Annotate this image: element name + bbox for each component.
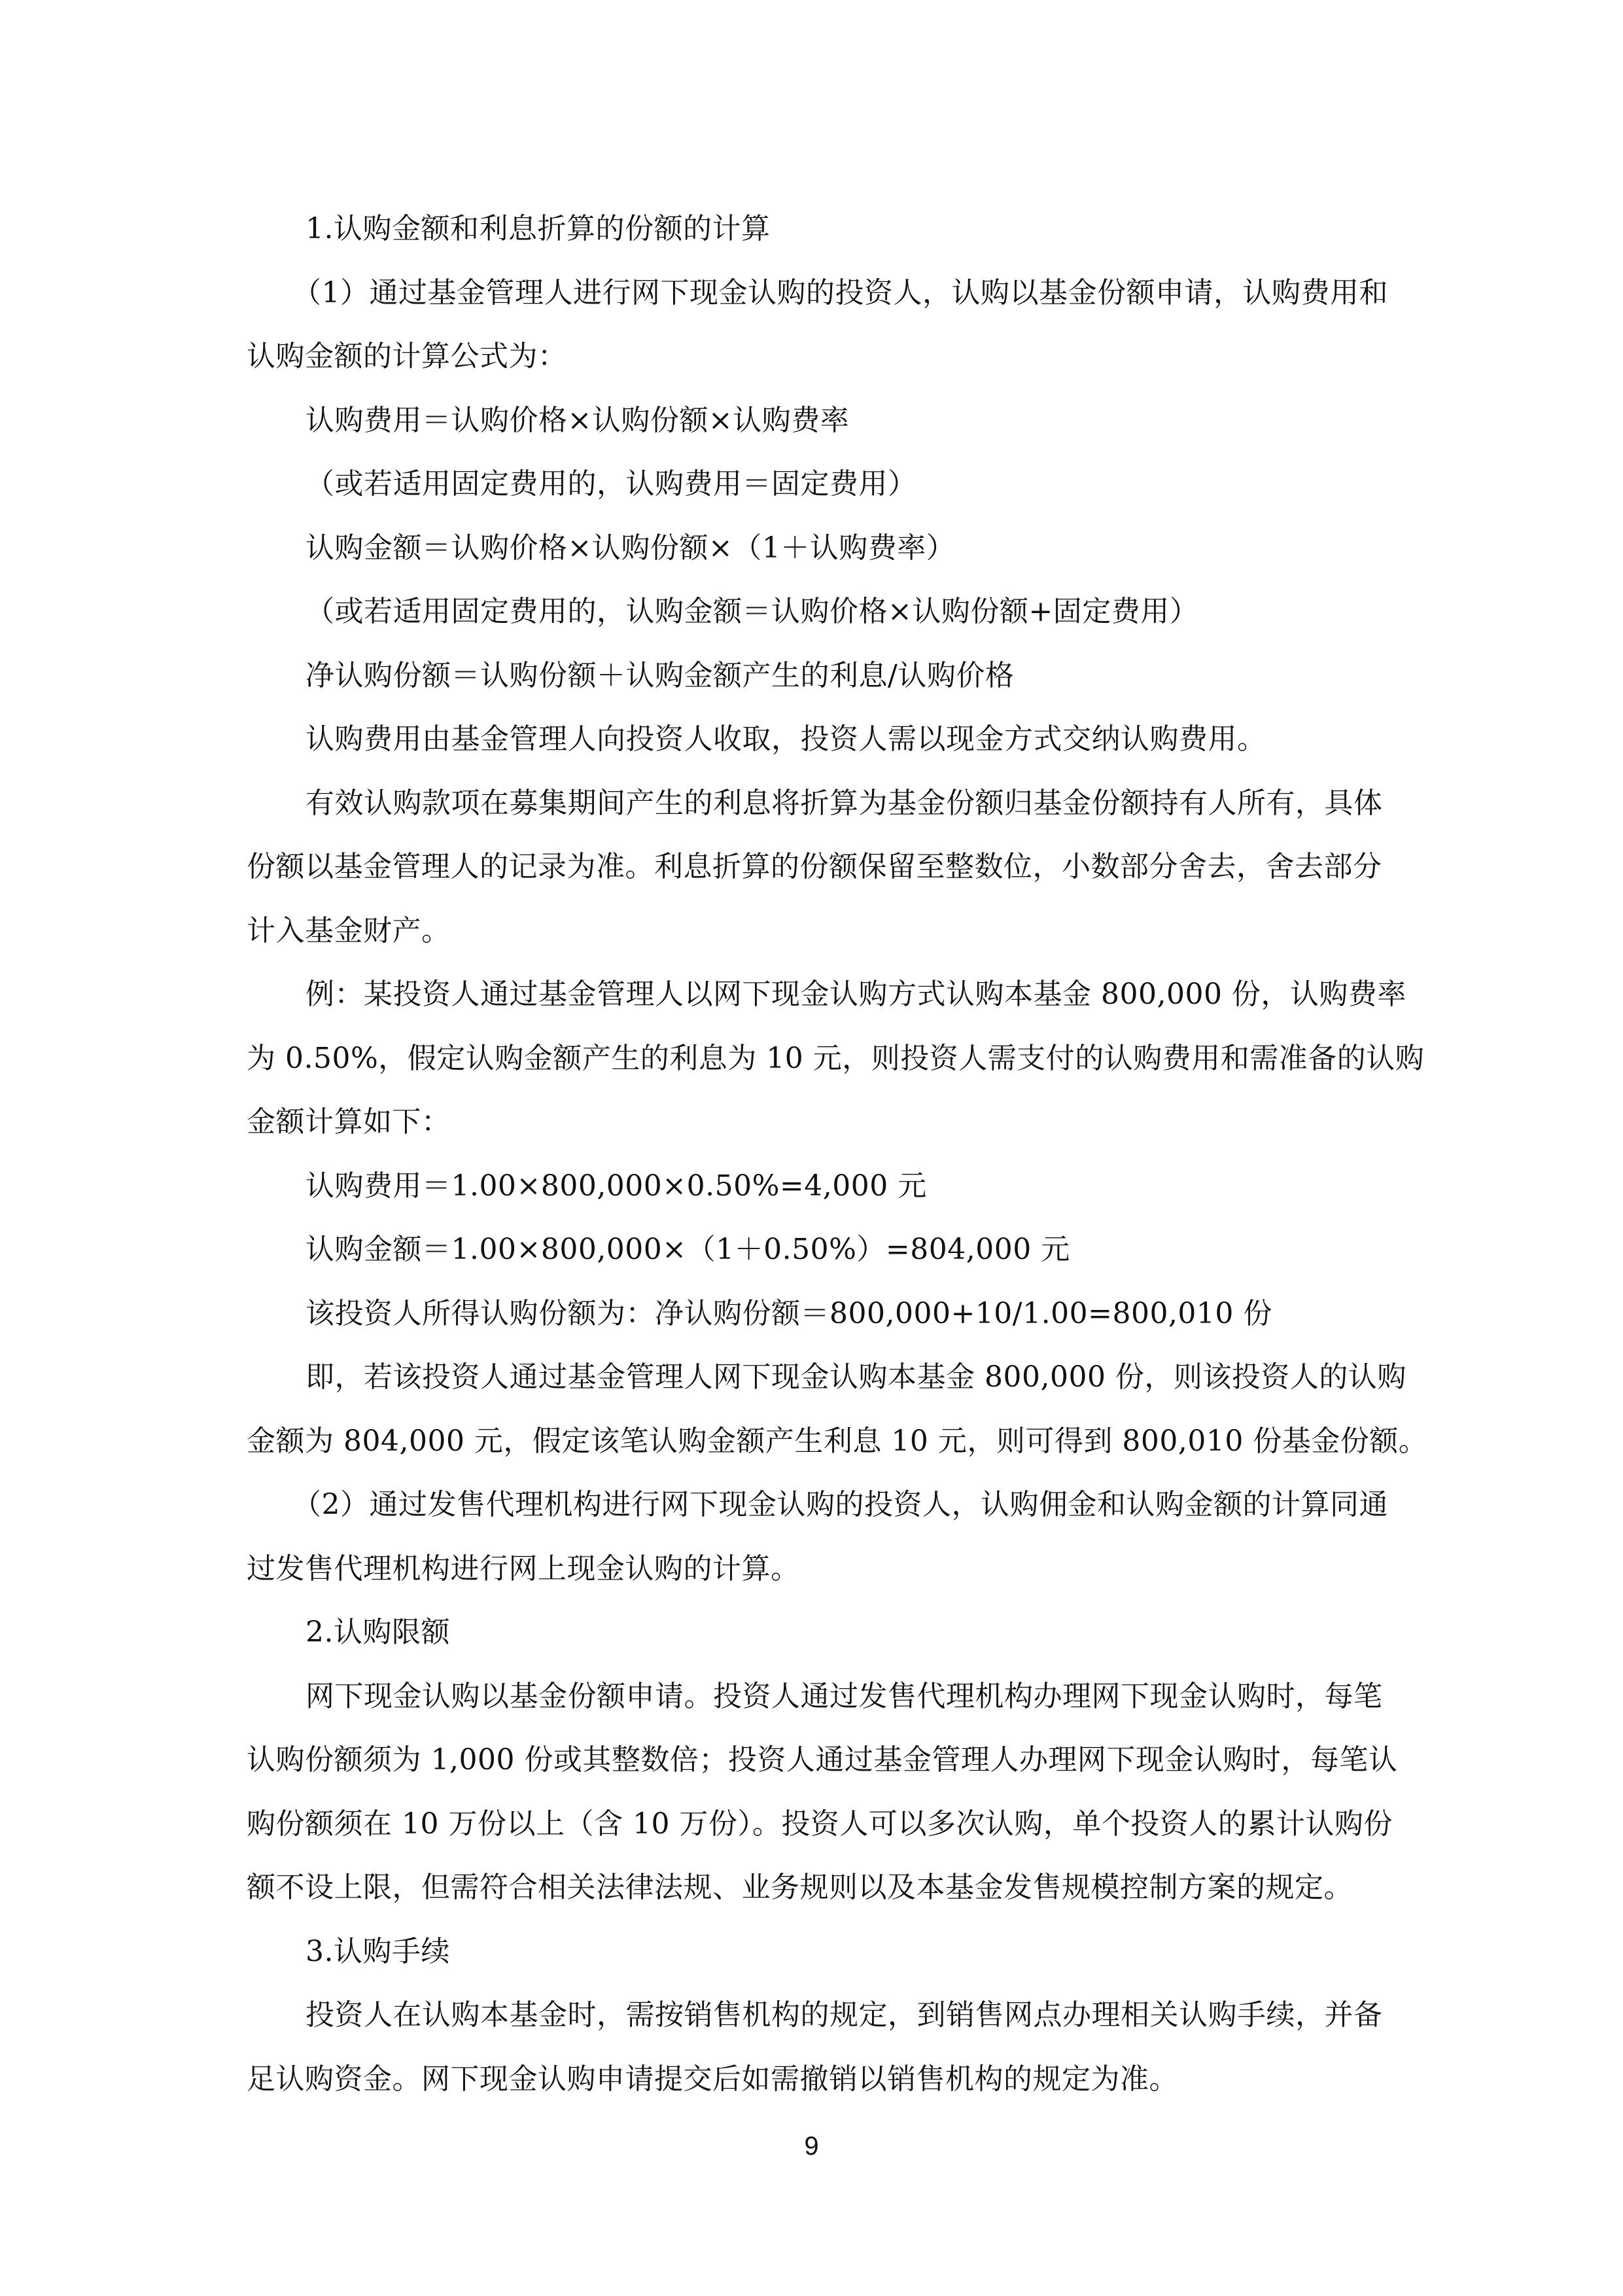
paragraph-interest-line: 计入基金财产。: [247, 899, 1378, 963]
example-line: 金额计算如下：: [247, 1090, 1378, 1154]
section-heading-subscription-procedure: 3.认购手续: [247, 1920, 1378, 1984]
paragraph-limit-line: 网下现金认购以基金份额申请。投资人通过发售代理机构办理网下现金认购时，每笔: [247, 1665, 1376, 1729]
example-line: 为 0.50%，假定认购金额产生的利息为 10 元，则投资人需支付的认购费用和需…: [247, 1027, 1376, 1091]
document-page: 1.认购金额和利息折算的份额的计算 （1）通过基金管理人进行网下现金认购的投资人…: [0, 0, 1623, 2296]
example-line: 例：某投资人通过基金管理人以网下现金认购方式认购本基金 800,000 份，认购…: [247, 963, 1376, 1027]
section-heading-subscription-calculation: 1.认购金额和利息折算的份额的计算: [247, 197, 1378, 261]
example-net-shares-calculation: 该投资人所得认购份额为：净认购份额＝800,000+10/1.00=800,01…: [247, 1282, 1378, 1346]
document-body: 1.认购金额和利息折算的份额的计算 （1）通过基金管理人进行网下现金认购的投资人…: [247, 197, 1378, 2111]
formula-subscription-fee: 认购费用＝认购价格×认购份额×认购费率: [247, 389, 1378, 453]
subsection-2-text: （2）通过发售代理机构进行网下现金认购的投资人，认购佣金和认购金额的计算同通: [247, 1473, 1376, 1537]
example-amount-calculation: 认购金额＝1.00×800,000×（1＋0.50%）=804,000 元: [247, 1218, 1378, 1282]
paragraph-fee-collection: 认购费用由基金管理人向投资人收取，投资人需以现金方式交纳认购费用。: [247, 707, 1378, 771]
paragraph-procedure-line: 投资人在认购本基金时，需按销售机构的规定，到销售网点办理相关认购手续，并备: [247, 1983, 1376, 2047]
formula-subscription-amount: 认购金额＝认购价格×认购份额×（1＋认购费率）: [247, 516, 1378, 580]
paragraph-limit-line: 购份额须在 10 万份以上（含 10 万份）。投资人可以多次认购，单个投资人的累…: [247, 1792, 1376, 1856]
example-fee-calculation: 认购费用＝1.00×800,000×0.50%=4,000 元: [247, 1154, 1378, 1218]
paragraph-procedure-line: 足认购资金。网下现金认购申请提交后如需撤销以销售机构的规定为准。: [247, 2047, 1378, 2111]
example-summary-line: 即，若该投资人通过基金管理人网下现金认购本基金 800,000 份，则该投资人的…: [247, 1345, 1376, 1409]
formula-fixed-fee-note: （或若适用固定费用的，认购费用＝固定费用）: [247, 452, 1378, 516]
paragraph-line: 认购金额的计算公式为：: [247, 325, 1378, 389]
formula-net-shares: 净认购份额＝认购份额＋认购金额产生的利息/认购价格: [247, 644, 1378, 708]
example-summary-line: 金额为 804,000 元，假定该笔认购金额产生利息 10 元，则可得到 800…: [247, 1409, 1378, 1474]
paragraph-limit-line: 额不设上限，但需符合相关法律法规、业务规则以及本基金发售规模控制方案的规定。: [247, 1856, 1378, 1920]
page-number: 9: [0, 2130, 1623, 2163]
paragraph-interest-line: 有效认购款项在募集期间产生的利息将折算为基金份额归基金份额持有人所有，具体: [247, 771, 1376, 836]
section-heading-subscription-limit: 2.认购限额: [247, 1600, 1378, 1665]
paragraph-interest-line: 份额以基金管理人的记录为准。利息折算的份额保留至整数位，小数部分舍去，舍去部分: [247, 835, 1376, 899]
paragraph-limit-line: 认购份额须为 1,000 份或其整数倍；投资人通过基金管理人办理网下现金认购时，…: [247, 1728, 1376, 1792]
subsection-1-text: （1）通过基金管理人进行网下现金认购的投资人，认购以基金份额申请，认购费用和: [247, 261, 1376, 325]
subsection-2-text: 过发售代理机构进行网上现金认购的计算。: [247, 1537, 1378, 1601]
formula-fixed-amount-note: （或若适用固定费用的，认购金额＝认购价格×认购份额+固定费用）: [247, 580, 1378, 644]
